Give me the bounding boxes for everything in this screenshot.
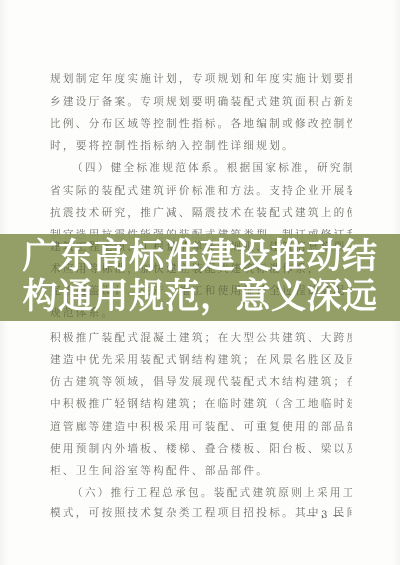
document-line: 时，要将控制性指标纳入控制性详细规划。: [50, 140, 352, 153]
section-heading-line: （四）健全标准规范体系。根据国家标准，研究制定符合我: [50, 162, 352, 175]
document-line: 比例、分布区域等控制性指标。各地编制或修改控制性详细规划: [50, 118, 352, 131]
document-line: 仿古建筑等领域，倡导发展现代装配式木结构建筑；在农房建造: [50, 376, 352, 389]
document-line: 中积极推广轻钢结构建筑；在临时建筑（含工地临时建筑）、管: [50, 398, 352, 411]
headline-line-2: 构通用规范，意义深远: [0, 277, 400, 317]
document-line: 积极推广装配式混凝土建筑；在大型公共建筑、大跨度工业厂房: [50, 332, 352, 345]
headline-line-1: 广东高标准建设推动结: [0, 237, 400, 277]
document-line: 柜、卫生间浴室等构配件、部品部件。: [50, 465, 352, 478]
document-line: 使用预制内外墙板、楼梯、叠合楼板、阳台板、梁以及集成式橱: [50, 443, 352, 456]
document-line: 规划制定年度实施计划，专项规划和年度实施计划要报省住房城: [50, 73, 352, 86]
section-heading-line: （六）推行工程总承包。装配式建筑原则上采用工程总承包: [50, 487, 352, 500]
document-line: 建造中优先采用装配式钢结构建筑；在风景名胜区及园林景观、: [50, 354, 352, 367]
document-line: 抗震技术研究，推广减、隔震技术在装配式建筑上的使用，因地: [50, 207, 352, 220]
document-line: 省实际的装配式建筑评价标准和方法。支持企业开展装配式建筑: [50, 185, 352, 198]
document-line: 乡建设厅备案。专项规划要明确装配式建筑面积占新建建筑面积: [50, 96, 352, 109]
headline-banner: 建筑工程定额、工程量清单计价规则、建筑信息模型（BIM）技 术应用等标准，加快建…: [0, 234, 400, 321]
document-line: 道管廊等建造中积极采用可装配、可重复使用的部品部件。鼓励: [50, 421, 352, 434]
page-number: — 3 —: [306, 510, 344, 521]
